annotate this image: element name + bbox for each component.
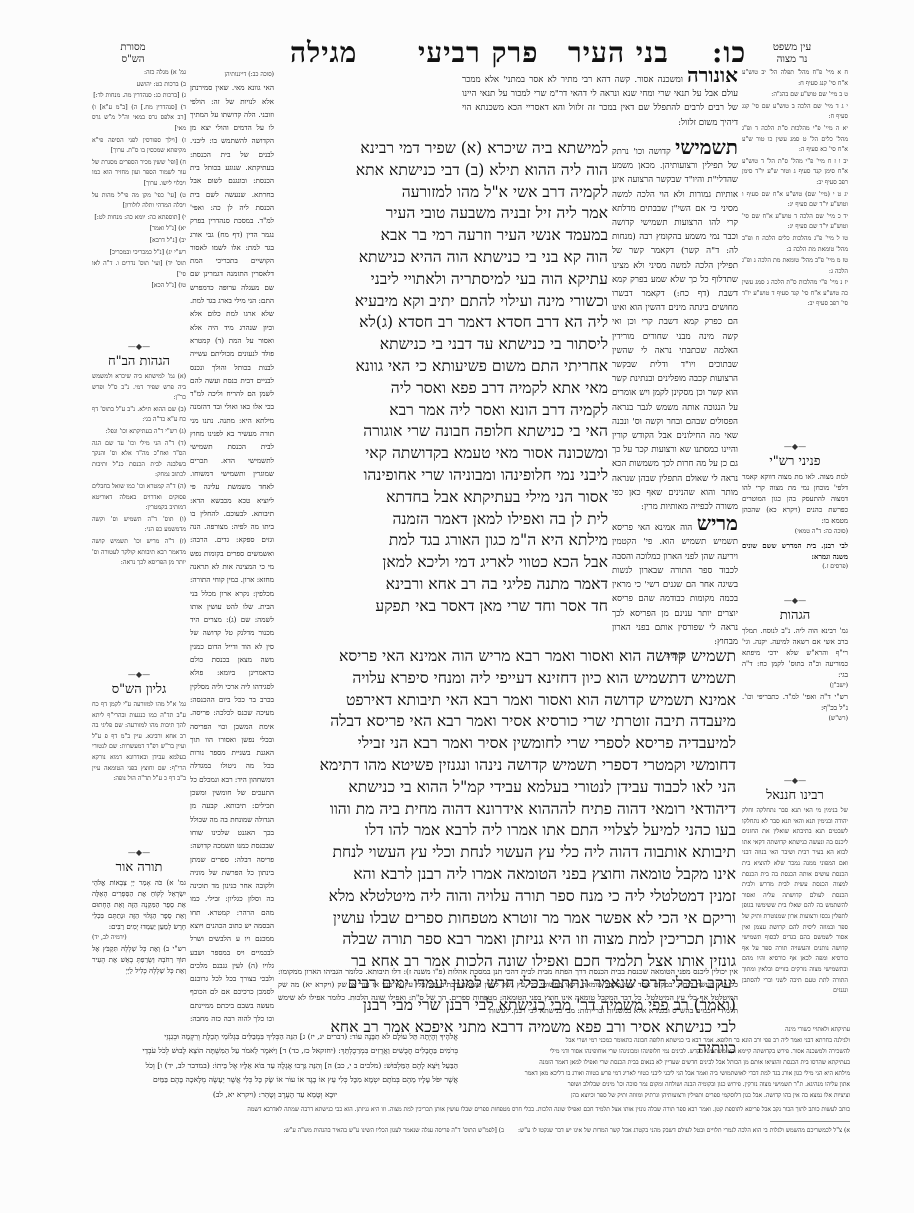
gemara-line: דאמר מתנה פליגי בה רב אחא ורבינא xyxy=(278,574,608,596)
label-line: נר מצוה xyxy=(762,54,822,66)
masoret-hashas-label: מסורת הש"ס xyxy=(108,42,158,66)
rashi-tosafot-inner: תשמישי קדושה וכו' נרתק של תפילין ורצועות… xyxy=(612,140,738,663)
penei-rashi-text: למת מצוה. לאו מת מצוה דווקא קאמר דלפי' מ… xyxy=(742,472,848,527)
verse-line: אֲשֶׁר יִפֹּל עָלָיו מֵהֶם בְּמֹתָם יִטְ… xyxy=(92,1073,458,1087)
ein-mishpat-column: ח א מיי' פ"ח מהל' תפלה הל' יב טוש"ע א"ח … xyxy=(742,68,848,311)
footnotes: א) צ"ל לכמשריכם מהשמש ולגלות בי הוא הלכה… xyxy=(210,1126,850,1136)
ornament-divider: —◆— xyxy=(92,342,186,352)
torah-or-section: —◆— תורה אור גמ' א) כֹּה אָמַר יְיָ צְבָ… xyxy=(92,842,186,977)
hagahot-source: (ישב"ן) xyxy=(742,681,848,692)
gemara-line: תיבותא אותבוה דהוה ליה כלי עץ העשוי לנחת… xyxy=(278,842,736,864)
rc-line: בעתיקתא שהרסו בית הכנסת והוציאו אותם מן … xyxy=(462,1057,850,1068)
verse-line: בְּרֹמִים בַּחֲבָלִים חֲבֻשִׁים וַאֲרֻזִ… xyxy=(92,1044,458,1058)
footnote-item: ב) [לפמ"ש התוס' ד"ה פריסה עגלה שנאמר לעג… xyxy=(283,1126,504,1136)
verse-line: הַבַּעַל וַיֹּצֵא לָהֶם הַמַּלְבּוּשׁ: (… xyxy=(92,1059,458,1073)
masoret-entry: ב) ברכות כט: יהושע xyxy=(92,80,186,91)
rabbeinu-chananel-section: —◆— רבינו חננאל של בנימין מי האי תנא סבר… xyxy=(742,770,848,997)
gemara-line: מילתא היא ה"מ כגון האורג בגד למת xyxy=(278,530,608,552)
marish-entry: מריש הוה אמינא האי פריסא תשמיש תשמיש הוא… xyxy=(612,516,738,649)
masoret-entry: ח) [ופי' ששין מכיר הספרים מסגרת של עור ל… xyxy=(92,158,186,190)
hagahot-source: (רש"ש) xyxy=(742,714,848,725)
right-misc-text: לבי רבנן. בית המדרש ששם שונים משנה וגמרא… xyxy=(742,540,848,562)
gemara-line: למיעבדיה פריסא לספרי שרי לחומשין אסיר וא… xyxy=(278,733,736,755)
penei-rashi-title: פניני רש"י xyxy=(742,454,848,470)
ein-mishpat-entry: יג ט י (מיי' שם) טוש"ע א"ח שם סעיף ו וטו… xyxy=(742,190,848,211)
gemara-line: ליה הא דרב חסדא דאמר רב חסדא (ג)לא xyxy=(278,312,608,334)
rabbeinu-chananel-text: של בנימין מי האי תנא סבר נתחלקה וחלק יהו… xyxy=(742,806,848,997)
torah-or-title: תורה אור xyxy=(92,860,186,876)
rc-line: אתון עליהו מנהיגא. ת"ר תשמישי מצוה נזרקי… xyxy=(462,1079,850,1090)
ornament-divider: —◆— xyxy=(92,670,186,680)
masoret-entry: יב) [נ"ל דרבא] xyxy=(92,236,186,247)
ein-mishpat-entry: י ג ד מיי' שם הלכה ב טוש"ע שם סי' קנג סע… xyxy=(742,102,848,123)
bottom-verses-block: אֱלֹהֶיךָ וְהָיְתָה תֵּל עוֹלָם לֹא תִבָ… xyxy=(92,1030,458,1102)
rabbeinu-chananel-title: רבינו חננאל xyxy=(742,788,848,804)
gemara-line: ליסתור בי כנישתא עד דבני בי כנישתא xyxy=(278,334,608,356)
tashmishei-entry: תשמישי קדושה וכו' נרתק של תפילין ורצועות… xyxy=(612,140,738,514)
torah-or-entry: רש"י ב) וְאֶת כָּל שְׁלָלָהּ תִּקְבֹּץ א… xyxy=(92,944,186,977)
habach-entry: (ה) ד"ה קמטרא וכו' כמו שואל בחבלים פסוקי… xyxy=(92,482,186,514)
label-line: מסורת xyxy=(108,42,158,54)
gemara-line: במעמד אנשי העיר וזרעה רמי בר אבא xyxy=(278,225,608,247)
gemara-line: וריקם אי הכי לא אפשר אמר מר זוטרא מטפחות… xyxy=(278,908,736,930)
gemara-line: אחריתי התם משום פשיעותא כי האי גוונא xyxy=(278,356,608,378)
gemara-line: אותן תכריכין למת מצוה וזו היא גניזתן ואמ… xyxy=(278,929,736,951)
gemara-line: לקמיה דרב אשי א"ל מהו למזורעה xyxy=(278,182,608,204)
penei-rashi-source: (סוכה כה: ד"ה טמאי) xyxy=(742,527,848,538)
gemara-line: הוה ליה ההוא תילא (ב) דבי כנישתא אתא xyxy=(278,160,608,182)
habach-entry: (ז) ד"ה מריש וכו' תשמיש קושה מדאמר רבא ת… xyxy=(92,537,186,569)
habach-entry: (ו) תוס' ד"ה תשמיש וס' וקשה מדמשמע כפ הנ… xyxy=(92,515,186,536)
masoret-entry: גמ' א) מגלה כזה: xyxy=(92,68,186,79)
tashmishei-text: קדושה וכו' נרתק של תפילין ורצועותיהן. מכ… xyxy=(612,147,738,512)
hagahot-entry: גמ' רבינא הוה ליה. נ"ב לנוסח. תמלך ברב א… xyxy=(742,626,848,681)
page-header: מסורת הש"ס מגילה פרק רביעי בני העיר כו: … xyxy=(0,0,914,70)
gemara-line: אמינא תשמיש קדושה הוא ואסור ואמר רבא האי… xyxy=(278,690,736,712)
bottom-full-line: כותב לעשות כותב לתוך הכור נקב אבל פריסא … xyxy=(92,1104,850,1115)
masoret-entry: טו) [נ"ל הכא] xyxy=(92,281,186,292)
masoret-entry: ד) [סנהדרין מח.] ה) [ב"מ ע"א] ו) [רב אלפ… xyxy=(92,103,186,135)
hagahot-title: הגהות xyxy=(742,608,848,624)
tractate-title: מגילה xyxy=(290,38,357,68)
habach-entry: (א) גמ' למישתא ביה שיכרא ולמשמש ביה פרש … xyxy=(92,372,186,404)
right-misc-source: (פרסים ז.) xyxy=(742,562,848,573)
rc-line: מילתא היא הני מילי כגון אורג בגד למת דבד… xyxy=(462,1068,850,1079)
rashi-entry: אונורה ומשכנה אסור. קשה דהא רבי מתיר לא … xyxy=(462,68,738,130)
torah-or-source: (ירמיה לב, יד) xyxy=(92,933,186,944)
habach-entry: (ב) שם ההוא תילא. נ"ב ע"ל בתוס' דף כח ע"… xyxy=(92,405,186,426)
ein-mishpat-entry: טז מ מיי' פ"ב מהל' טומאת מת הלכה ג ופ"ג … xyxy=(742,256,848,277)
ein-mishpat-entry: יז נ מיי' פ"י מהלכות ס"ת הלכה ג סמג עשין… xyxy=(742,278,848,310)
gemara-line: אמר ליה זיל זבניה משבעה טובי העיר xyxy=(278,203,608,225)
gemara-line: אבל הכא כטווי לאריג דמי וליכא למאן xyxy=(278,552,608,574)
hagahot-section: —◆— הגהות גמ' רבינא הוה ליה. נ"ב לנוסח. … xyxy=(742,590,848,724)
marish-lead-word: מריש xyxy=(697,511,738,535)
gemara-line: דיהודאי רומאי דהוה פתיח להההוא אידרונא ד… xyxy=(278,799,736,821)
hagahot-entry: רש"י ד"ה ואפי' למ"ד. כתבריפי וכו'. נ"ל ב… xyxy=(742,692,848,714)
ein-mishpat-entry: ח א מיי' פ"ח מהל' תפלה הל' יב טוש"ע א"ח … xyxy=(742,68,848,89)
gemara-line: עתיקא הוה בעי למיסתריה ולאתויי ליבני xyxy=(278,269,608,291)
gemara-line: למישתא ביה שיכרא (א) שפיר דמי רבינא xyxy=(278,138,608,160)
tashmishei-lead-word: תשמישי xyxy=(675,135,738,159)
rc-line: וציציות אלו נמצא בה אין בהו קדושה. אבל כ… xyxy=(462,1090,850,1101)
tosafot-heading-cont: (סוכה כב:) דייננותיהן xyxy=(190,68,274,81)
ein-mishpat-label: עין משפט נר מצוה xyxy=(762,42,822,66)
ein-mishpat-entry: טו ל מיי' פ"ג מהלכות כלים הלכה ח ופ"ב מה… xyxy=(742,234,848,255)
ein-mishpat-entry: יד כ מיי' שם הלכה ד טוש"ע א"ח שם סי' וטו… xyxy=(742,212,848,233)
gilyon-hashas-title: גליון הש"ס xyxy=(92,682,186,698)
gemara-line: תשמיש קדושה הוא ואסור ואמר רבא מריש הוה … xyxy=(278,646,736,668)
verse-line: יוּבָא וְטָמֵא עַד הָעֶרֶב וְטָהֵר: (ויק… xyxy=(92,1088,458,1102)
gemara-line: הוה קא בני בי כנישתא הוה ההיא כנישתא xyxy=(278,247,608,269)
masoret-entry: ט) [עי' כפי' מקן מה פי"ל מהות על ויבלה ה… xyxy=(92,191,186,212)
ein-mishpat-entry: יב ו ז ח מיי' פ"י מהל' ס"ת הל' ד טוש"ע א… xyxy=(742,157,848,189)
torah-or-entry: גמ' א) כֹּה אָמַר יְיָ צְבָאוֹת אֱלֹהֵי … xyxy=(92,878,186,933)
gemara-line: חד אסר וחד שרי מאן דאסר באי תפקע xyxy=(278,596,608,618)
gemara-line: זמנין דמטלטלי ליה כי מנח ספר תורה עלויה … xyxy=(278,886,736,908)
footnote-rule xyxy=(770,1121,850,1122)
gilyon-hashas-text: גמ' א"ל מהו למזורעה ע"י לקמן דף כח ע"ב ת… xyxy=(92,700,186,785)
rashi-bottom-block: אין יכולין ליכנס מפני הטומאה שכנסת בבית … xyxy=(278,965,738,1017)
gemara-line: וכשורי מינה ועילוי להתם יתיב וקא מיבעיא xyxy=(278,291,608,313)
rc-line: עתיקתא ולאתויי כשורי מינה xyxy=(462,1024,850,1035)
rashi-column: אונורה ומשכנה אסור. קשה דהא רבי מתיר לא … xyxy=(462,68,738,130)
masoret-entry: רש"י יג) [נ"ל כמכריכי ובמכריכ] xyxy=(92,248,186,259)
gemara-line: הני לאו לכבוד עבידן לנטורי בעלמא עבידי ק… xyxy=(278,777,736,799)
rashi-lead-word: אונורה xyxy=(687,63,738,87)
gemara-line: אסור הני מילי בעתיקתא אבל בחדתא xyxy=(278,487,608,509)
gemara-line: מיעבדה תיבה זוטרתי שרי כורסיא אסיר ואמר … xyxy=(278,711,736,733)
masoret-entry: ג) [ברכות כג: סנהדרין מה. מנחות לד:] xyxy=(92,91,186,102)
gilyon-hashas-section: —◆— גליון הש"ס גמ' א"ל מהו למזורעה ע"י ל… xyxy=(92,664,186,785)
gemara-line: אינו מקבל טומאה וחוצץ בפני הטומאה אמרו ל… xyxy=(278,864,736,886)
masoret-hashas-column: גמ' א) מגלה כזה: ב) ברכות כט: יהושע ג) [… xyxy=(92,68,186,293)
rc-last-line: כותב לעשות כותב לתוך הכור נקב אבל פריסא … xyxy=(92,1104,850,1115)
habach-entry: (ד) ד"ה הני מילי וכו' עד שם הגה הס"ד ואח… xyxy=(92,439,186,481)
penei-rashi-section: —◆— פניני רש"י למת מצוה. לאו מת מצוה דוו… xyxy=(742,436,848,572)
masoret-entry: יא) [נ"ל ואמר] xyxy=(92,224,186,235)
gemara-line: תשמיש דתשמיש הוא כיון דחזינא דעייפי ליה … xyxy=(278,668,736,690)
rc-line: להשכירה ולמשכנה אסור. פירש בקדושתה קיימא… xyxy=(462,1046,850,1057)
gemara-narrow-block: למישתא ביה שיכרא (א) שפיר דמי רבינא הוה … xyxy=(278,138,608,618)
chapter-name: בני העיר xyxy=(568,38,669,68)
verse-line: אֱלֹהֶיךָ וְהָיְתָה תֵּל עוֹלָם לֹא תִבָ… xyxy=(92,1030,458,1044)
rc-line: ולגילנה בחרתא דבני ואמר ליה רב פפי ורב ה… xyxy=(462,1035,850,1046)
hagahot-habach-section: —◆— הגהות הב"ח (א) גמ' למישתא ביה שיכרא … xyxy=(92,336,186,570)
ornament-divider: —◆— xyxy=(92,848,186,858)
ein-mishpat-entry: יא ה מיי' פ"י מהלכות ס"ת הלכה ד ופ"ג מהל… xyxy=(742,124,848,156)
ornament-divider: —◆— xyxy=(742,596,848,606)
rashi-bottom-text: אין יכולין ליכנס מפני הטומאה שכנסת בבית … xyxy=(278,965,738,1017)
masoret-entry: תוס' יד) [ועי' תוס' נדרים ו. ד"ה לאו סי'… xyxy=(92,259,186,280)
tosafot-column: (סוכה כב:) דייננותיהן האי גוונא מאי. שאי… xyxy=(190,68,274,1028)
footnote-item: א) צ"ל לכמשריכם מהשמש ולגלות בי הוא הלכה… xyxy=(518,1126,850,1136)
label-line: עין משפט xyxy=(762,42,822,54)
rabbeinu-chananel-bottom: עתיקתא ולאתויי כשורי מינה ולגילנה בחרתא … xyxy=(462,1024,850,1101)
masoret-entry: ז) [וילך ספורסין לפני הסיפה פי"א מקיפתא … xyxy=(92,136,186,157)
marish-text: הוה אמינא האי פריסא תשמיש תשמיש הוא. פי'… xyxy=(612,523,738,647)
tosafot-text: האי גוונא מאי. שאין סמירנתן אלא לנויות ש… xyxy=(190,81,274,1028)
gemara-line: לקמיה דרב הונא ואסר ליה אמר רבא xyxy=(278,400,608,422)
gemara-line: ליבני נמי חלופינהו ומבוניהו שרי אחופינהו xyxy=(278,465,608,487)
hagahot-habach-title: הגהות הב"ח xyxy=(92,354,186,370)
label-line: הש"ס xyxy=(108,54,158,66)
gemara-line: ומשכונה אסור מאי טעמא בקדושתה קאי xyxy=(278,443,608,465)
gemara-line: בעו כהני למיעל לצלויי התם אתו אמרו ליה ל… xyxy=(278,820,736,842)
ornament-divider: —◆— xyxy=(742,442,848,452)
gemara-line: מאי אתא לקמיה דרב פפא ואסר ליה xyxy=(278,378,608,400)
ein-mishpat-entry: ט ב מיי' שם טוש"ע שם בהג"ה: xyxy=(742,90,848,101)
gemara-line: האי בי כנישתא חלופה חבונה שרי אוגורה xyxy=(278,421,608,443)
gemara-line: לית לן בה ואפילו למאן דאמר הזמנה xyxy=(278,509,608,531)
chapter-number: פרק רביעי xyxy=(418,38,539,68)
ornament-divider: —◆— xyxy=(742,776,848,786)
habach-entry: (ג) רש"י ד"ה בעתיקתא וכו' ונפל: xyxy=(92,427,186,438)
gemara-line: דחומשי וקמטרי דספרי תשמיש קדושה נינהו ונ… xyxy=(278,755,736,777)
masoret-entry: י) [תוספתא כה: יומא כה: מנחות לט:] xyxy=(92,213,186,224)
